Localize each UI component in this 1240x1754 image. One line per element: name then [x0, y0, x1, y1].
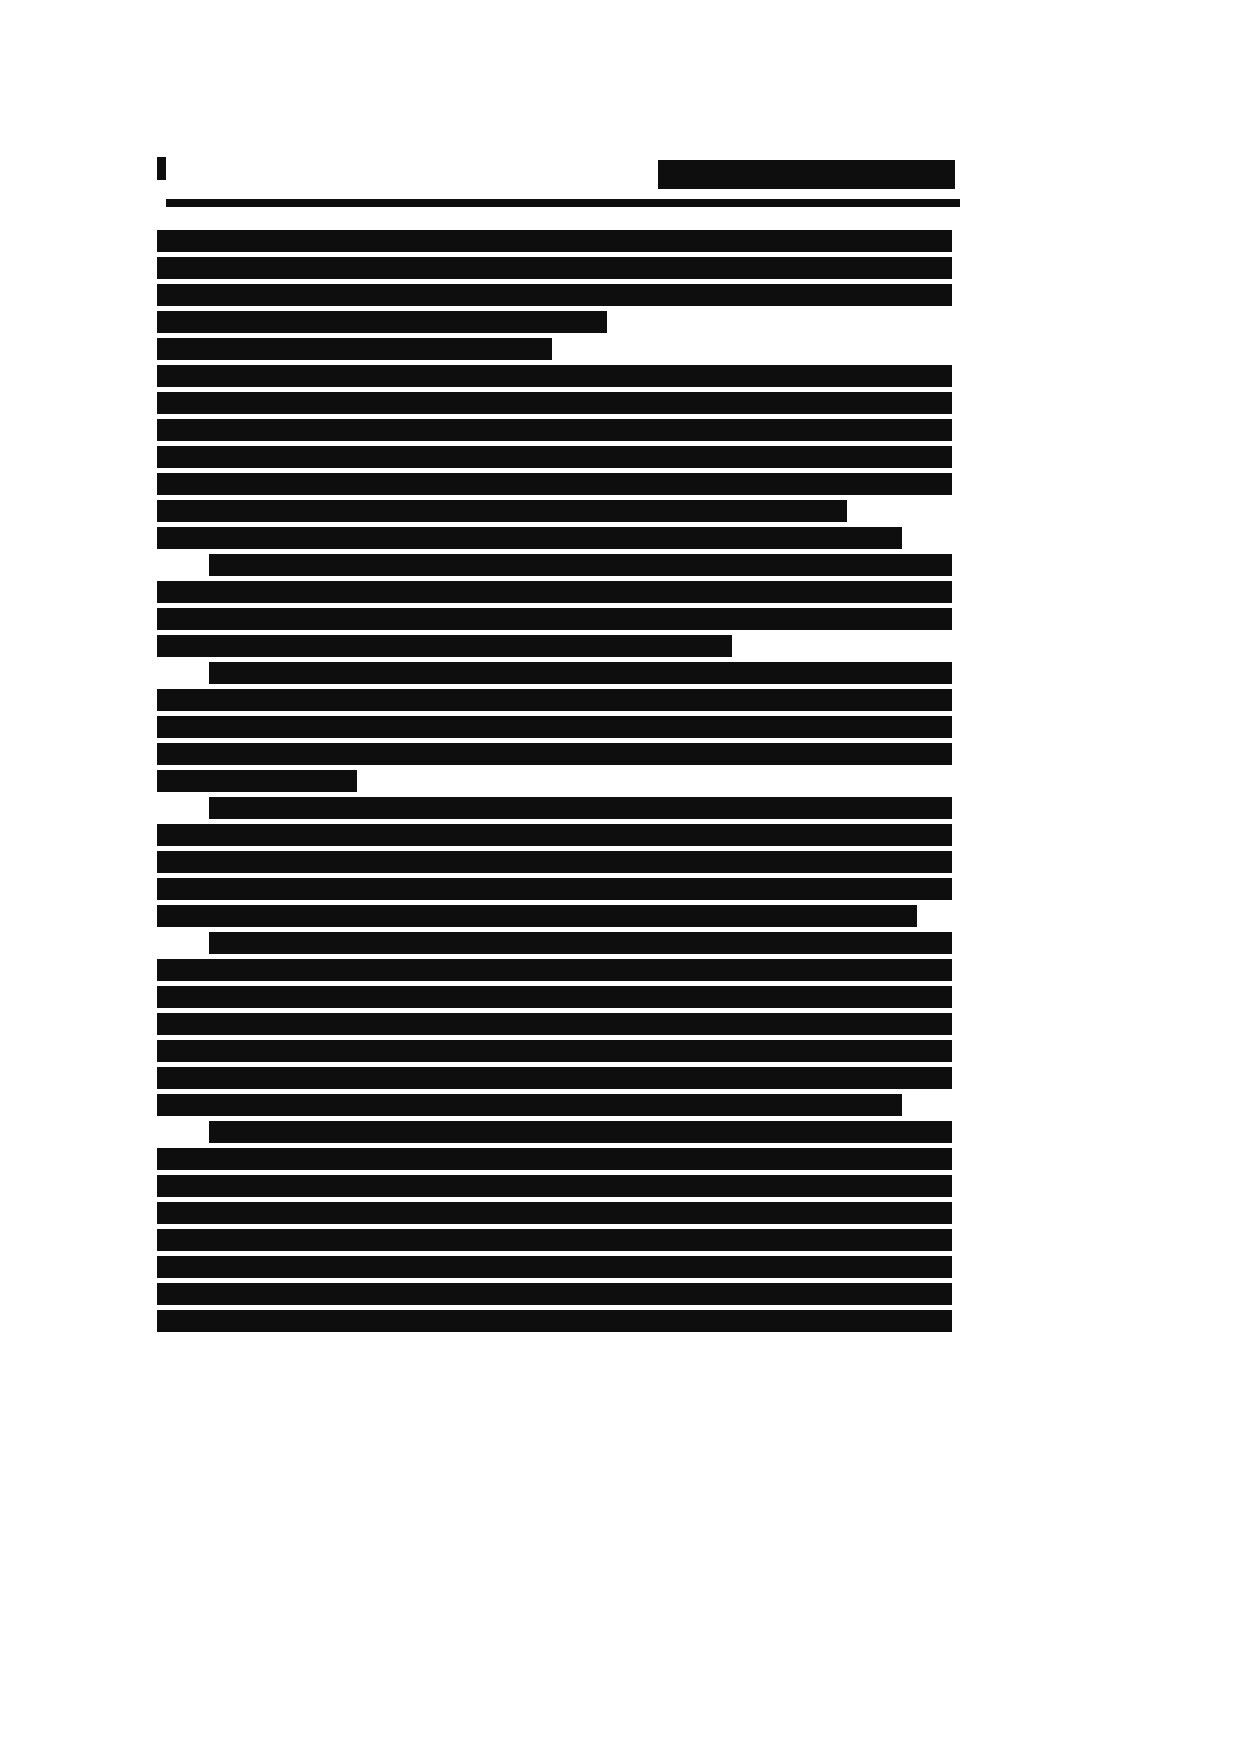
redacted-text-line [157, 419, 952, 441]
redacted-text-line [209, 797, 952, 819]
header-rule [166, 199, 960, 207]
redacted-text-line [157, 608, 952, 630]
redacted-text-line [157, 392, 952, 414]
redacted-text-line [157, 824, 952, 846]
running-head-redacted [658, 160, 955, 177]
redacted-text-line [157, 284, 952, 306]
redacted-text-line [157, 716, 952, 738]
redacted-text-line [157, 689, 952, 711]
redacted-text-line [157, 1310, 952, 1332]
body-text-redacted [157, 230, 952, 1337]
redacted-text-line [157, 446, 952, 468]
redacted-text-line [157, 959, 952, 981]
redacted-text-line [157, 1067, 952, 1089]
redacted-text-line [157, 743, 952, 765]
redacted-text-line [157, 986, 952, 1008]
redacted-text-line [157, 473, 952, 495]
redacted-text-line [209, 1121, 952, 1143]
redacted-text-line [157, 581, 952, 603]
redacted-text-line [157, 905, 917, 927]
redacted-text-line [157, 851, 952, 873]
redacted-text-line [157, 311, 607, 333]
redacted-text-line [157, 527, 902, 549]
redacted-text-line [157, 365, 952, 387]
redacted-text-line [157, 1013, 952, 1035]
redacted-text-line [157, 230, 952, 252]
document-page [0, 0, 1240, 1754]
running-head-redacted-lower [658, 176, 955, 189]
redacted-text-line [157, 1202, 952, 1224]
redacted-text-line [157, 770, 357, 792]
redacted-text-line [209, 554, 952, 576]
redacted-text-line [157, 1283, 952, 1305]
redacted-text-line [157, 257, 952, 279]
redacted-text-line [157, 635, 732, 657]
redacted-text-line [157, 500, 847, 522]
redacted-text-line [157, 1094, 902, 1116]
redacted-text-line [157, 878, 952, 900]
redacted-text-line [209, 662, 952, 684]
redacted-text-line [157, 1040, 952, 1062]
redacted-text-line [157, 1175, 952, 1197]
page-number-redacted [157, 157, 166, 180]
redacted-text-line [157, 338, 552, 360]
redacted-text-line [157, 1229, 952, 1251]
redacted-text-line [157, 1148, 952, 1170]
redacted-text-line [157, 1256, 952, 1278]
redacted-text-line [209, 932, 952, 954]
